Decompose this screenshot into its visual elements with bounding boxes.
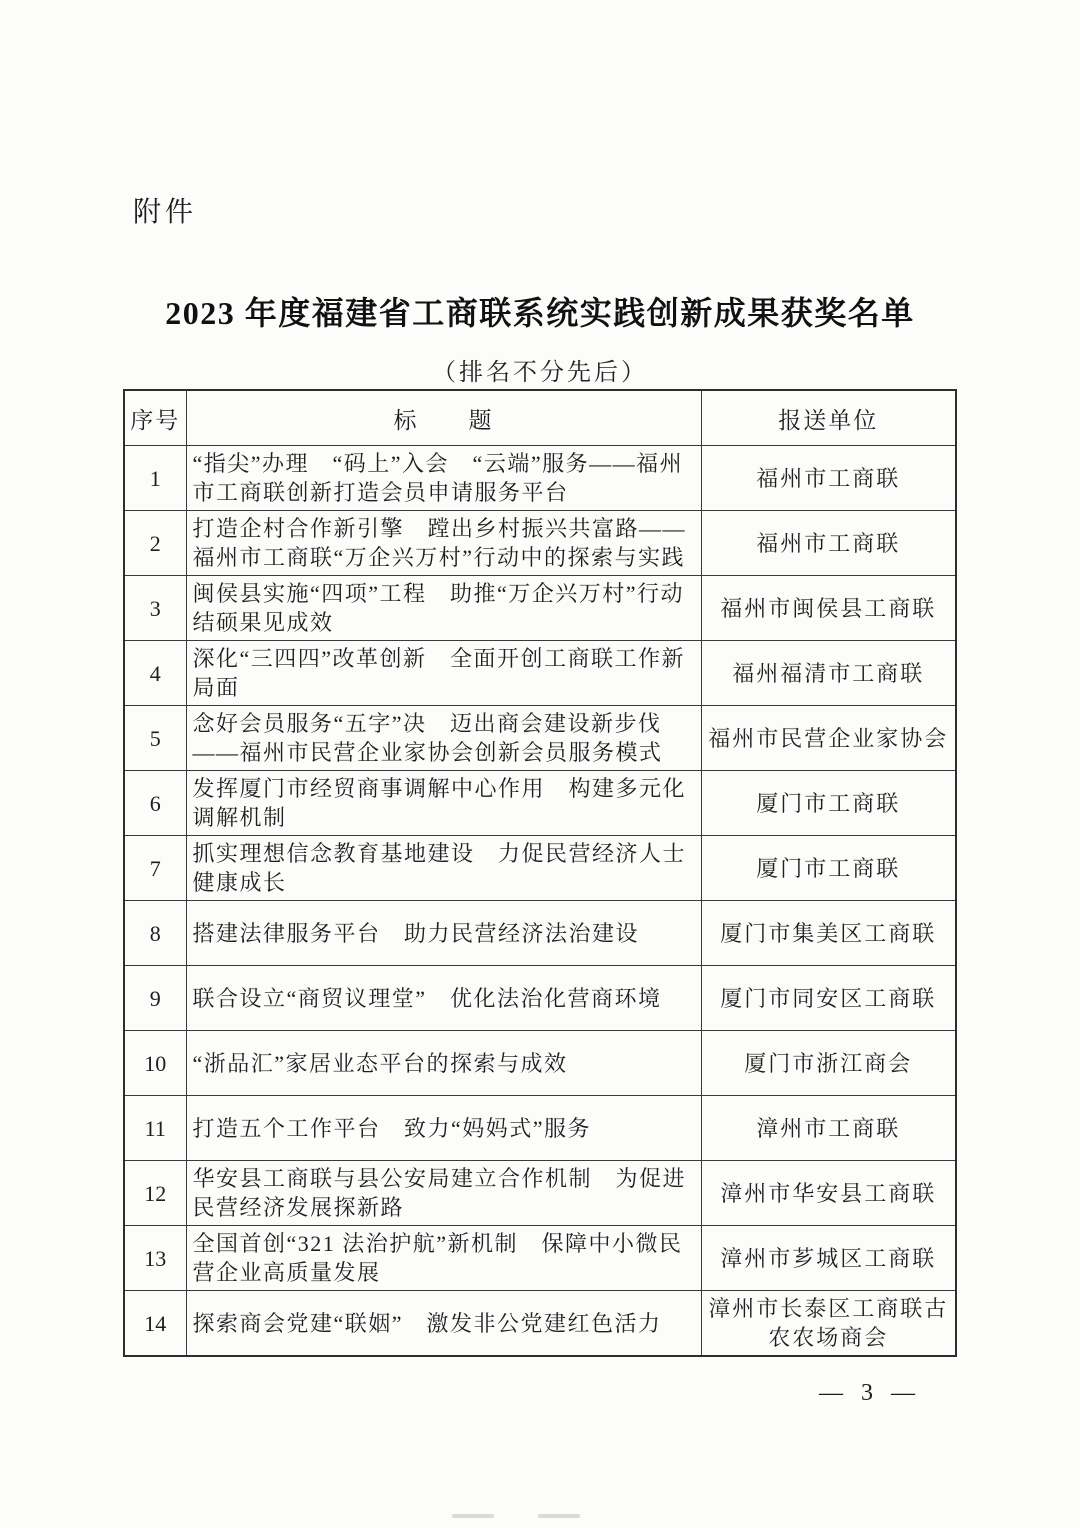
row-unit: 厦门市集美区工商联	[701, 901, 956, 966]
row-title: 搭建法律服务平台 助力民营经济法治建设	[186, 901, 701, 966]
row-index: 6	[124, 771, 186, 836]
row-title: 抓实理想信念教育基地建设 力促民营经济人士健康成长	[186, 836, 701, 901]
col-header-title: 标 题	[186, 390, 701, 446]
row-index: 8	[124, 901, 186, 966]
table-row: 13 全国首创“321 法治护航”新机制 保障中小微民营企业高质量发展 漳州市芗…	[124, 1226, 956, 1291]
document-page: 附件 2023 年度福建省工商联系统实践创新成果获奖名单 （排名不分先后） 序号…	[0, 0, 1080, 1528]
row-index: 10	[124, 1031, 186, 1096]
row-index: 11	[124, 1096, 186, 1161]
awards-table: 序号 标 题 报送单位 1 “指尖”办理 “码上”入会 “云端”服务——福州市工…	[123, 389, 957, 1357]
table-header: 序号 标 题 报送单位	[124, 390, 956, 446]
table-row: 2 打造企村合作新引擎 蹚出乡村振兴共富路——福州市工商联“万企兴万村”行动中的…	[124, 511, 956, 576]
row-index: 1	[124, 446, 186, 511]
scan-artifact	[452, 1514, 582, 1520]
row-index: 7	[124, 836, 186, 901]
table-row: 1 “指尖”办理 “码上”入会 “云端”服务——福州市工商联创新打造会员申请服务…	[124, 446, 956, 511]
row-unit: 漳州市华安县工商联	[701, 1161, 956, 1226]
row-index: 14	[124, 1291, 186, 1357]
row-unit: 福州市闽侯县工商联	[701, 576, 956, 641]
row-title: “浙品汇”家居业态平台的探索与成效	[186, 1031, 701, 1096]
row-unit: 厦门市同安区工商联	[701, 966, 956, 1031]
row-unit: 福州市工商联	[701, 446, 956, 511]
table-row: 5 念好会员服务“五字”决 迈出商会建设新步伐——福州市民营企业家协会创新会员服…	[124, 706, 956, 771]
table-row: 7 抓实理想信念教育基地建设 力促民营经济人士健康成长 厦门市工商联	[124, 836, 956, 901]
table-row: 4 深化“三四四”改革创新 全面开创工商联工作新局面 福州福清市工商联	[124, 641, 956, 706]
row-unit: 福州福清市工商联	[701, 641, 956, 706]
row-index: 5	[124, 706, 186, 771]
row-title: 华安县工商联与县公安局建立合作机制 为促进民营经济发展探新路	[186, 1161, 701, 1226]
table-row: 14 探索商会党建“联姻” 激发非公党建红色活力 漳州市长泰区工商联古农农场商会	[124, 1291, 956, 1357]
header-row: 序号 标 题 报送单位	[124, 390, 956, 446]
table-body: 1 “指尖”办理 “码上”入会 “云端”服务——福州市工商联创新打造会员申请服务…	[124, 446, 956, 1357]
row-unit: 厦门市工商联	[701, 771, 956, 836]
row-index: 4	[124, 641, 186, 706]
row-index: 13	[124, 1226, 186, 1291]
row-unit: 福州市民营企业家协会	[701, 706, 956, 771]
table-row: 10 “浙品汇”家居业态平台的探索与成效 厦门市浙江商会	[124, 1031, 956, 1096]
row-title: 联合设立“商贸议理堂” 优化法治化营商环境	[186, 966, 701, 1031]
col-header-index: 序号	[124, 390, 186, 446]
row-title: 发挥厦门市经贸商事调解中心作用 构建多元化调解机制	[186, 771, 701, 836]
document-subtitle: （排名不分先后）	[0, 352, 1080, 387]
row-title: 闽侯县实施“四项”工程 助推“万企兴万村”行动结硕果见成效	[186, 576, 701, 641]
row-unit: 厦门市浙江商会	[701, 1031, 956, 1096]
col-header-unit: 报送单位	[701, 390, 956, 446]
table-row: 12 华安县工商联与县公安局建立合作机制 为促进民营经济发展探新路 漳州市华安县…	[124, 1161, 956, 1226]
row-index: 12	[124, 1161, 186, 1226]
row-index: 2	[124, 511, 186, 576]
table-row: 8 搭建法律服务平台 助力民营经济法治建设 厦门市集美区工商联	[124, 901, 956, 966]
row-unit: 厦门市工商联	[701, 836, 956, 901]
row-title: 深化“三四四”改革创新 全面开创工商联工作新局面	[186, 641, 701, 706]
row-title: 探索商会党建“联姻” 激发非公党建红色活力	[186, 1291, 701, 1357]
row-unit: 漳州市工商联	[701, 1096, 956, 1161]
row-unit: 福州市工商联	[701, 511, 956, 576]
row-unit: 漳州市长泰区工商联古农农场商会	[701, 1291, 956, 1357]
row-title: 全国首创“321 法治护航”新机制 保障中小微民营企业高质量发展	[186, 1226, 701, 1291]
document-title: 2023 年度福建省工商联系统实践创新成果获奖名单	[0, 288, 1080, 334]
row-unit: 漳州市芗城区工商联	[701, 1226, 956, 1291]
row-title: “指尖”办理 “码上”入会 “云端”服务——福州市工商联创新打造会员申请服务平台	[186, 446, 701, 511]
table-row: 9 联合设立“商贸议理堂” 优化法治化营商环境 厦门市同安区工商联	[124, 966, 956, 1031]
row-title: 念好会员服务“五字”决 迈出商会建设新步伐——福州市民营企业家协会创新会员服务模…	[186, 706, 701, 771]
page-number: — 3 —	[790, 1380, 950, 1407]
table-row: 3 闽侯县实施“四项”工程 助推“万企兴万村”行动结硕果见成效 福州市闽侯县工商…	[124, 576, 956, 641]
table-row: 11 打造五个工作平台 致力“妈妈式”服务 漳州市工商联	[124, 1096, 956, 1161]
row-title: 打造五个工作平台 致力“妈妈式”服务	[186, 1096, 701, 1161]
attachment-label: 附件	[133, 190, 197, 230]
row-index: 3	[124, 576, 186, 641]
row-title: 打造企村合作新引擎 蹚出乡村振兴共富路——福州市工商联“万企兴万村”行动中的探索…	[186, 511, 701, 576]
row-index: 9	[124, 966, 186, 1031]
table-row: 6 发挥厦门市经贸商事调解中心作用 构建多元化调解机制 厦门市工商联	[124, 771, 956, 836]
